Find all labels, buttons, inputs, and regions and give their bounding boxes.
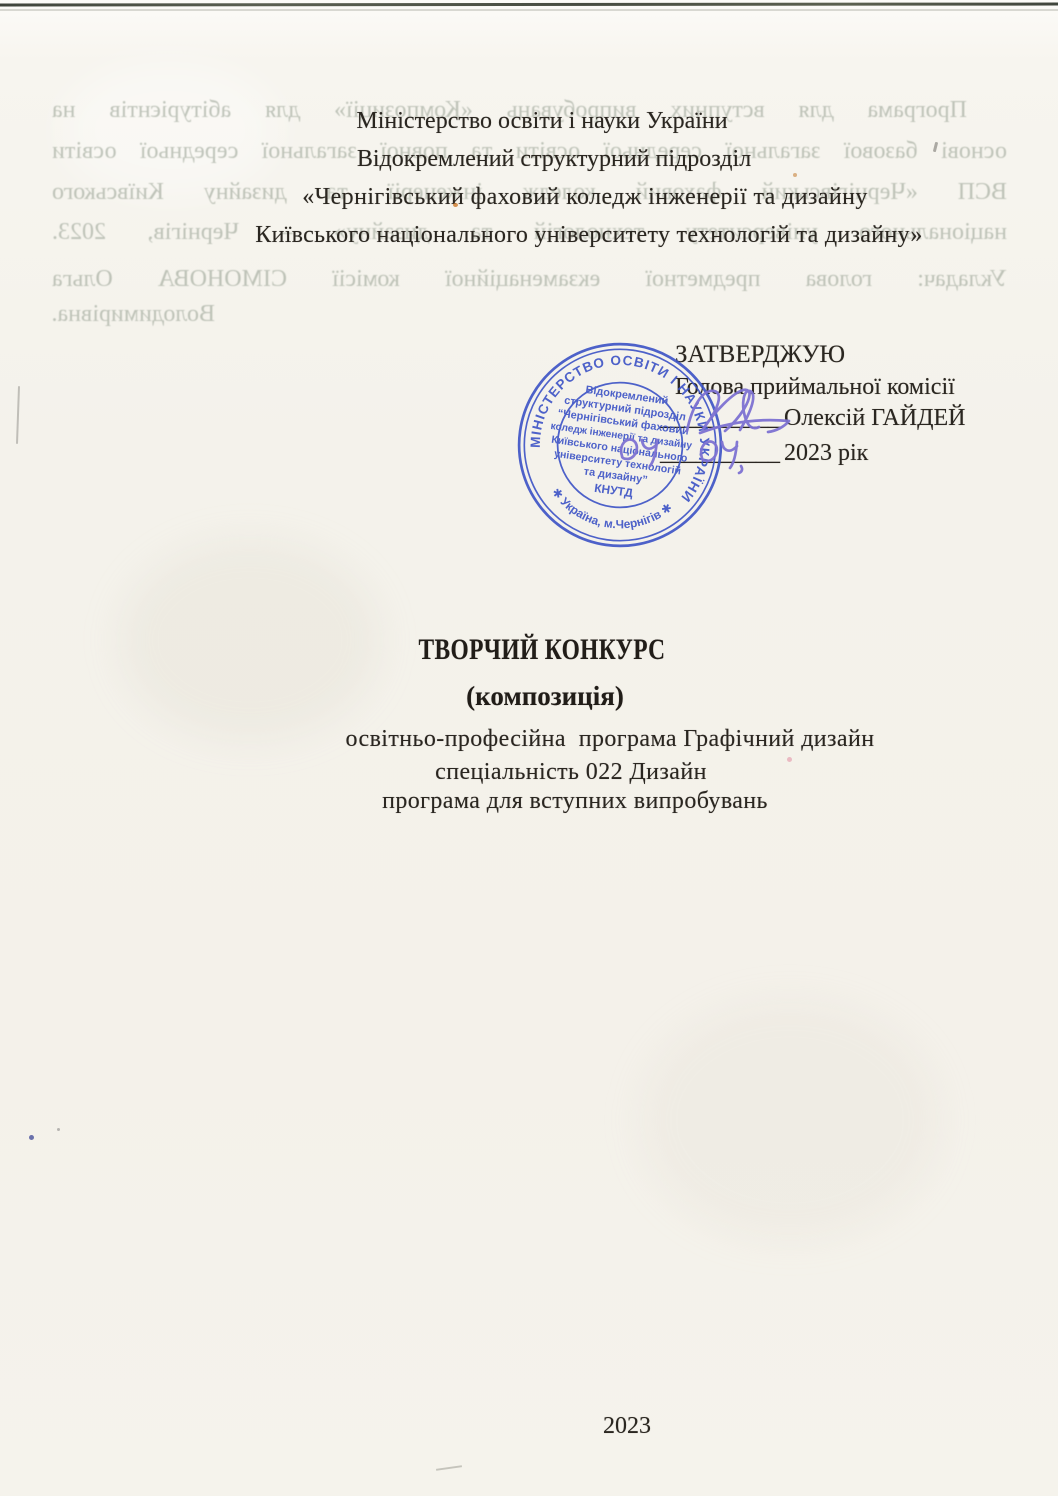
scan-speckle [29, 1135, 34, 1140]
scan-speckle [57, 1128, 60, 1131]
paper-blotch [640, 1000, 940, 1240]
header-line-college: «Чернігівський фаховий коледж інженерії … [302, 184, 868, 211]
footer-year: 2023 [603, 1413, 651, 1440]
scan-speckle [453, 203, 458, 207]
specialty-line: спеціальність 022 Дизайн [435, 759, 707, 786]
scan-scratch-mark [16, 386, 20, 444]
document-subtitle: (композиція) [466, 681, 624, 712]
header-line-university: Київського національного університету те… [255, 222, 922, 249]
scan-speckle [787, 757, 792, 762]
header-line-subdivision: Відокремлений структурний підрозділ [357, 146, 751, 173]
scan-speckle [793, 173, 797, 177]
scanned-document-page: Програма для вступних випробувань «Компо… [0, 0, 1058, 1496]
scan-edge-line [0, 3, 1058, 7]
signature-ink [560, 370, 890, 490]
purpose-line: програма для вступних випробувань [382, 788, 768, 815]
scan-smudge-mark [436, 1465, 462, 1471]
scan-edge-line-faint [0, 9, 1058, 11]
program-line: освітньо-професійна програма Графічний д… [346, 726, 875, 753]
document-title: ТВОРЧИЙ КОНКУРС [419, 633, 666, 667]
bleedthrough-line: Укладач: голова предметної екзаменаційно… [52, 266, 1007, 293]
paper-blotch [120, 540, 380, 740]
header-line-ministry: Міністерство освіти і науки України [356, 108, 727, 135]
bleedthrough-line: Володимирівна. [35, 301, 215, 328]
